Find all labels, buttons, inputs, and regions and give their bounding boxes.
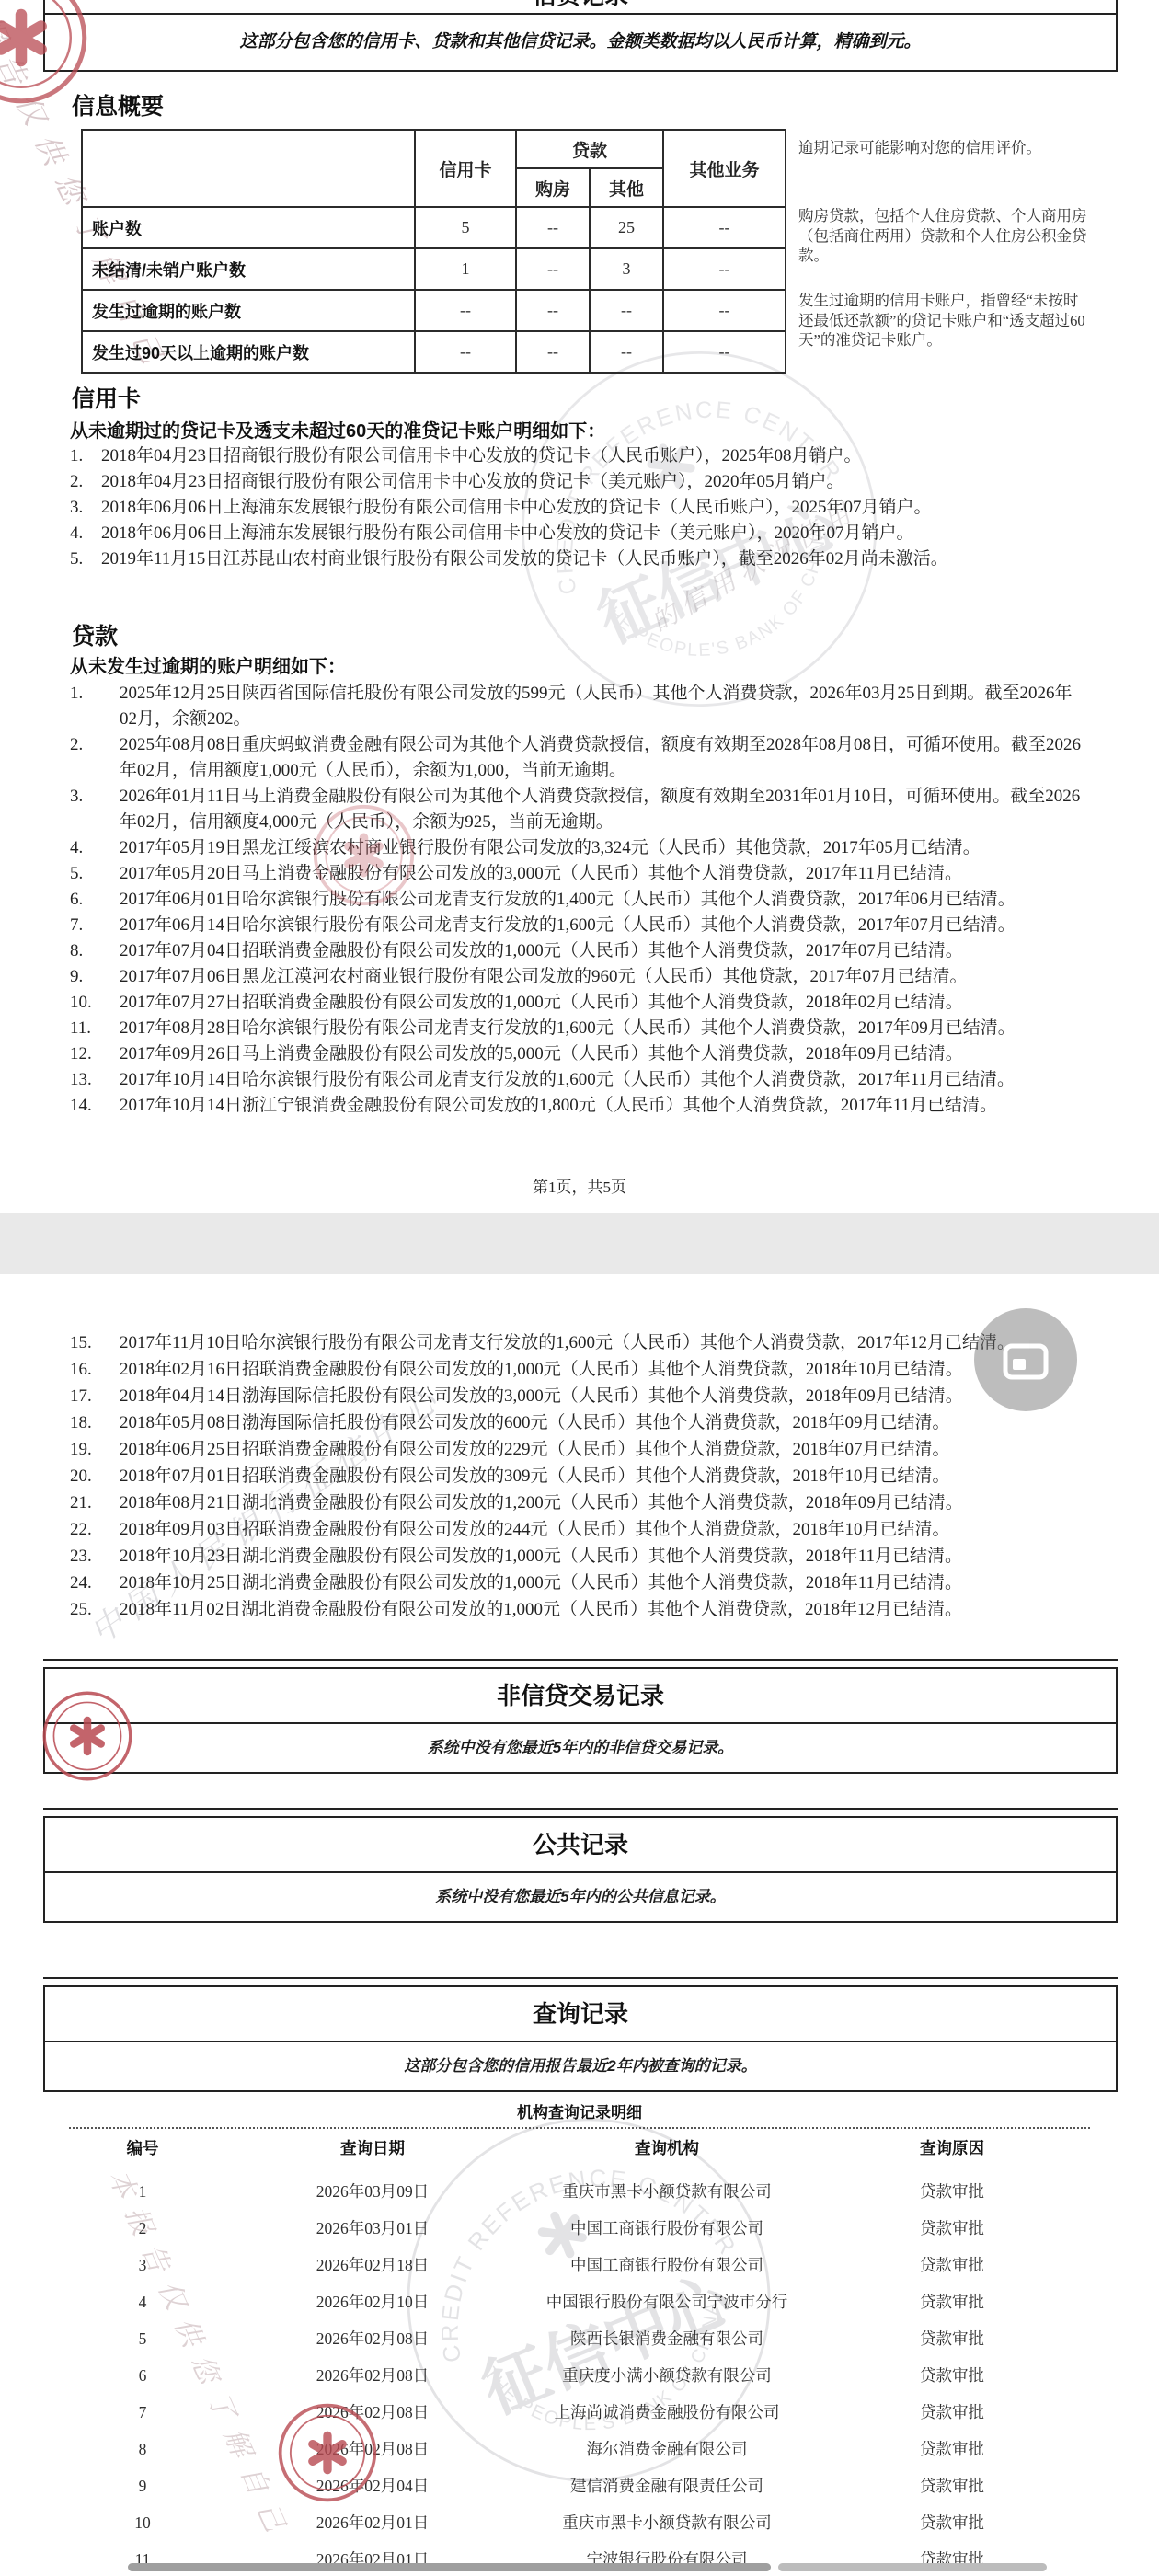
item-number: 6. xyxy=(70,887,120,913)
inquiry-row-org: 中国工商银行股份有限公司 xyxy=(515,2247,819,2283)
item-text: 2018年04月23日招商银行股份有限公司信用卡中心发放的贷记卡（人民币账户），… xyxy=(101,443,1085,469)
item-text: 2017年11月10日哈尔滨银行股份有限公司龙青支行发放的1,600元（人民币）… xyxy=(120,1329,1085,1356)
col-other-business: 其他业务 xyxy=(663,130,786,207)
item-number: 15. xyxy=(70,1329,120,1356)
inquiry-row-no: 9 xyxy=(83,2467,202,2504)
loan-item: 18. 2018年05月08日渤海国际信托股份有限公司发放的600元（人民币）其… xyxy=(70,1409,1085,1436)
item-number: 24. xyxy=(70,1570,120,1596)
inquiry-row-org: 重庆度小满小额贷款有限公司 xyxy=(515,2357,819,2394)
item-text: 2018年06月06日上海浦东发展银行股份有限公司信用卡中心发放的贷记卡（人民币… xyxy=(101,495,1085,521)
inquiry-row-reason: 贷款审批 xyxy=(855,2247,1049,2283)
loan-item: 15. 2017年11月10日哈尔滨银行股份有限公司龙青支行发放的1,600元（… xyxy=(70,1329,1085,1356)
loan-item: 2. 2025年08月08日重庆蚂蚁消费金融有限公司为其他个人消费贷款授信，额度… xyxy=(70,732,1085,784)
inquiry-row-no: 6 xyxy=(83,2357,202,2394)
inquiry-row-org: 中国银行股份有限公司宁波市分行 xyxy=(515,2283,819,2320)
page-footer: 第1页，共5页 xyxy=(0,1174,1159,1197)
inquiry-row-date: 2026年02月18日 xyxy=(239,2247,506,2283)
inquiry-row-reason: 贷款审批 xyxy=(855,2504,1049,2541)
public-records-title: 公共记录 xyxy=(45,1818,1116,1873)
inquiry-table-header: 编号 查询日期 查询机构 查询原因 xyxy=(0,2136,1159,2164)
item-text: 2018年09月03日招联消费金融股份有限公司发放的244元（人民币）其他个人消… xyxy=(120,1516,1085,1543)
item-number: 21. xyxy=(70,1489,120,1516)
loan-item: 7. 2017年06月14日哈尔滨银行股份有限公司龙青支行发放的1,600元（人… xyxy=(70,913,1085,938)
inquiry-records-box: 查询记录 这部分包含您的信用报告最近2年内被查询的记录。 xyxy=(43,1985,1118,2092)
inquiry-row-reason: 贷款审批 xyxy=(855,2210,1049,2247)
credit-section-header-box: 信贷记录 这部分包含您的信用卡、贷款和其他信贷记录。金额类数据均以人民币计算，精… xyxy=(43,0,1118,72)
item-number: 11. xyxy=(70,1016,120,1041)
summary-value: -- xyxy=(663,248,786,290)
item-number: 18. xyxy=(70,1409,120,1436)
non-credit-records-title: 非信贷交易记录 xyxy=(45,1669,1116,1724)
loan-item: 13. 2017年10月14日哈尔滨银行股份有限公司龙青支行发放的1,600元（… xyxy=(70,1067,1085,1093)
non-credit-records-box: 非信贷交易记录 系统中没有您最近5年内的非信贷交易记录。 xyxy=(43,1667,1118,1774)
item-number: 17. xyxy=(70,1383,120,1409)
loan-item: 23. 2018年10月23日湖北消费金融股份有限公司发放的1,000元（人民币… xyxy=(70,1543,1085,1570)
col-loan-house: 购房 xyxy=(516,168,590,207)
inquiry-row-org: 海尔消费金融有限公司 xyxy=(515,2431,819,2467)
item-number: 25. xyxy=(70,1596,120,1623)
item-number: 10. xyxy=(70,990,120,1016)
col-credit-card: 信用卡 xyxy=(415,130,516,207)
credit-card-item: 5. 2019年11月15日江苏昆山农村商业银行股份有限公司发放的贷记卡（人民币… xyxy=(70,546,1085,572)
inquiry-row-date: 2026年02月08日 xyxy=(239,2394,506,2431)
loan-item: 8. 2017年07月04日招联消费金融股份有限公司发放的1,000元（人民币）… xyxy=(70,938,1085,964)
summary-note: 发生过逾期的信用卡账户，指曾经“未按时还最低还款额”的贷记卡账户和“透支超过60… xyxy=(798,291,1088,351)
page-gap xyxy=(0,1213,1159,1274)
summary-corner-cell xyxy=(82,130,415,207)
loan-item: 22. 2018年09月03日招联消费金融股份有限公司发放的244元（人民币）其… xyxy=(70,1516,1085,1543)
item-text: 2018年02月16日招联消费金融股份有限公司发放的1,000元（人民币）其他个… xyxy=(120,1356,1085,1383)
summary-note: 逾期记录可能影响对您的信用评价。 xyxy=(798,138,1088,158)
item-text: 2018年05月08日渤海国际信托股份有限公司发放的600元（人民币）其他个人消… xyxy=(120,1409,1085,1436)
item-text: 2026年01月11日马上消费金融股份有限公司为其他个人消费贷款授信，额度有效期… xyxy=(120,784,1085,835)
inquiry-row-reason: 贷款审批 xyxy=(855,2357,1049,2394)
loan-subheading: 从未发生过逾期的账户明细如下： xyxy=(70,651,346,678)
item-number: 9. xyxy=(70,964,120,990)
inquiry-row: 6 2026年02月08日 重庆度小满小额贷款有限公司 贷款审批 xyxy=(0,2357,1159,2394)
summary-table: 信用卡 贷款 其他业务 购房 其他 账户数 5 -- 25 -- xyxy=(81,129,786,374)
item-text: 2018年07月01日招联消费金融股份有限公司发放的309元（人民币）其他个人消… xyxy=(120,1463,1085,1489)
credit-section-subtitle: 这部分包含您的信用卡、贷款和其他信贷记录。金额类数据均以人民币计算，精确到元。 xyxy=(45,15,1116,70)
summary-note: 购房贷款，包括个人住房贷款、个人商用房（包括商住两用）贷款和个人住房公积金贷款。 xyxy=(798,206,1088,266)
inquiry-row-org: 重庆市黑卡小额贷款有限公司 xyxy=(515,2173,819,2210)
loan-item: 25. 2018年11月02日湖北消费金融股份有限公司发放的1,000元（人民币… xyxy=(70,1596,1085,1623)
screenshot-button[interactable] xyxy=(974,1308,1077,1411)
credit-card-item: 3. 2018年06月06日上海浦东发展银行股份有限公司信用卡中心发放的贷记卡（… xyxy=(70,495,1085,521)
loan-item: 24. 2018年10月25日湖北消费金融股份有限公司发放的1,000元（人民币… xyxy=(70,1570,1085,1596)
item-text: 2017年07月06日黑龙江漠河农村商业银行股份有限公司发放的960元（人民币）… xyxy=(120,964,1085,990)
item-text: 2017年08月28日哈尔滨银行股份有限公司龙青支行发放的1,600元（人民币）… xyxy=(120,1016,1085,1041)
loan-item: 10. 2017年07月27日招联消费金融股份有限公司发放的1,000元（人民币… xyxy=(70,990,1085,1016)
item-number: 1. xyxy=(70,681,120,732)
summary-value: -- xyxy=(415,331,516,373)
credit-card-subheading: 从未逾期过的贷记卡及透支未超过60天的准贷记卡账户明细如下： xyxy=(70,416,605,443)
item-text: 2018年10月23日湖北消费金融股份有限公司发放的1,000元（人民币）其他个… xyxy=(120,1543,1085,1570)
inquiry-col-date: 查询日期 xyxy=(239,2136,506,2159)
inquiry-row-reason: 贷款审批 xyxy=(855,2283,1049,2320)
inquiry-row-reason: 贷款审批 xyxy=(855,2394,1049,2431)
item-number: 22. xyxy=(70,1516,120,1543)
inquiry-row-org: 上海尚诚消费金融股份有限公司 xyxy=(515,2394,819,2431)
item-number: 5. xyxy=(70,861,120,887)
summary-value: 1 xyxy=(415,248,516,290)
inquiry-row-reason: 贷款审批 xyxy=(855,2467,1049,2504)
item-number: 13. xyxy=(70,1067,120,1093)
summary-row: 发生过90天以上逾期的账户数 -- -- -- -- xyxy=(82,331,786,373)
inquiry-row: 1 2026年03月09日 重庆市黑卡小额贷款有限公司 贷款审批 xyxy=(0,2173,1159,2210)
item-number: 3. xyxy=(70,495,101,521)
inquiry-table-title: 机构查询记录明细 xyxy=(0,2099,1159,2122)
summary-value: -- xyxy=(590,331,663,373)
summary-value: -- xyxy=(516,207,590,248)
non-credit-records-body: 系统中没有您最近5年内的非信贷交易记录。 xyxy=(45,1724,1116,1772)
loan-item: 3. 2026年01月11日马上消费金融股份有限公司为其他个人消费贷款授信，额度… xyxy=(70,784,1085,835)
inquiry-row: 5 2026年02月08日 陕西长银消费金融有限公司 贷款审批 xyxy=(0,2320,1159,2357)
inquiry-row-no: 2 xyxy=(83,2210,202,2247)
summary-row-label: 发生过逾期的账户数 xyxy=(82,290,415,331)
item-text: 2025年12月25日陕西省国际信托股份有限公司发放的599元（人民币）其他个人… xyxy=(120,681,1085,732)
item-text: 2017年05月19日黑龙江绥滨农村商业银行股份有限公司发放的3,324元（人民… xyxy=(120,835,1085,861)
loan-item: 12. 2017年09月26日马上消费金融股份有限公司发放的5,000元（人民币… xyxy=(70,1041,1085,1067)
item-text: 2017年09月26日马上消费金融股份有限公司发放的5,000元（人民币）其他个… xyxy=(120,1041,1085,1067)
summary-row-label: 发生过90天以上逾期的账户数 xyxy=(82,331,415,373)
item-number: 7. xyxy=(70,913,120,938)
inquiry-row-no: 3 xyxy=(83,2247,202,2283)
inquiry-row-reason: 贷款审批 xyxy=(855,2431,1049,2467)
item-number: 1. xyxy=(70,443,101,469)
inquiry-row-date: 2026年02月08日 xyxy=(239,2357,506,2394)
credit-report-screen: CREDIT REFERENCE CENTER THE PEOPLE'S BAN… xyxy=(0,0,1159,2576)
camera-icon xyxy=(1002,1339,1050,1381)
summary-row-label: 账户数 xyxy=(82,207,415,248)
inquiry-row-org: 陕西长银消费金融有限公司 xyxy=(515,2320,819,2357)
item-number: 2. xyxy=(70,732,120,784)
item-text: 2018年06月06日上海浦东发展银行股份有限公司信用卡中心发放的贷记卡（美元账… xyxy=(101,521,1085,546)
summary-value: -- xyxy=(516,290,590,331)
loan-list-page1: 1. 2025年12月25日陕西省国际信托股份有限公司发放的599元（人民币）其… xyxy=(70,681,1085,1119)
item-text: 2017年06月01日哈尔滨银行股份有限公司龙青支行发放的1,400元（人民币）… xyxy=(120,887,1085,913)
item-text: 2018年04月23日招商银行股份有限公司信用卡中心发放的贷记卡（美元账户），2… xyxy=(101,469,1085,495)
inquiry-row-date: 2026年03月09日 xyxy=(239,2173,506,2210)
loan-item: 14. 2017年10月14日浙江宁银消费金融股份有限公司发放的1,800元（人… xyxy=(70,1093,1085,1119)
item-number: 14. xyxy=(70,1093,120,1119)
inquiry-row-no: 8 xyxy=(83,2431,202,2467)
item-text: 2017年10月14日哈尔滨银行股份有限公司龙青支行发放的1,600元（人民币）… xyxy=(120,1067,1085,1093)
inquiry-row-org: 重庆市黑卡小额贷款有限公司 xyxy=(515,2504,819,2541)
inquiry-row: 3 2026年02月18日 中国工商银行股份有限公司 贷款审批 xyxy=(0,2247,1159,2283)
item-number: 23. xyxy=(70,1543,120,1570)
credit-card-heading: 信用卡 xyxy=(72,381,141,414)
item-text: 2018年11月02日湖北消费金融股份有限公司发放的1,000元（人民币）其他个… xyxy=(120,1596,1085,1623)
inquiry-row-no: 10 xyxy=(83,2504,202,2541)
loan-item: 9. 2017年07月06日黑龙江漠河农村商业银行股份有限公司发放的960元（人… xyxy=(70,964,1085,990)
inquiry-col-no: 编号 xyxy=(83,2136,202,2159)
loan-item: 21. 2018年08月21日湖北消费金融股份有限公司发放的1,200元（人民币… xyxy=(70,1489,1085,1516)
item-text: 2017年10月14日浙江宁银消费金融股份有限公司发放的1,800元（人民币）其… xyxy=(120,1093,1085,1119)
credit-card-item: 4. 2018年06月06日上海浦东发展银行股份有限公司信用卡中心发放的贷记卡（… xyxy=(70,521,1085,546)
loan-item: 19. 2018年06月25日招联消费金融股份有限公司发放的229元（人民币）其… xyxy=(70,1436,1085,1463)
summary-value: -- xyxy=(663,290,786,331)
item-text: 2017年06月14日哈尔滨银行股份有限公司龙青支行发放的1,600元（人民币）… xyxy=(120,913,1085,938)
item-number: 4. xyxy=(70,835,120,861)
item-number: 12. xyxy=(70,1041,120,1067)
item-text: 2019年11月15日江苏昆山农村商业银行股份有限公司发放的贷记卡（人民币账户）… xyxy=(101,546,1085,572)
inquiry-row-no: 1 xyxy=(83,2173,202,2210)
inquiry-row-date: 2026年02月01日 xyxy=(239,2504,506,2541)
item-number: 5. xyxy=(70,546,101,572)
item-number: 4. xyxy=(70,521,101,546)
inquiry-row-no: 5 xyxy=(83,2320,202,2357)
loan-item: 17. 2018年04月14日渤海国际信托股份有限公司发放的3,000元（人民币… xyxy=(70,1383,1085,1409)
inquiry-row-date: 2026年02月08日 xyxy=(239,2320,506,2357)
loan-item: 16. 2018年02月16日招联消费金融股份有限公司发放的1,000元（人民币… xyxy=(70,1356,1085,1383)
summary-value: -- xyxy=(516,331,590,373)
item-text: 2018年10月25日湖北消费金融股份有限公司发放的1,000元（人民币）其他个… xyxy=(120,1570,1085,1596)
loan-item: 5. 2017年05月20日马上消费金融股份有限公司发放的3,000元（人民币）… xyxy=(70,861,1085,887)
loan-heading: 贷款 xyxy=(72,618,118,651)
credit-section-title: 信贷记录 xyxy=(45,0,1116,15)
loan-item: 6. 2017年06月01日哈尔滨银行股份有限公司龙青支行发放的1,400元（人… xyxy=(70,887,1085,913)
inquiry-row-date: 2026年02月10日 xyxy=(239,2283,506,2320)
summary-row: 未结清/未销户账户数 1 -- 3 -- xyxy=(82,248,786,290)
loan-item: 4. 2017年05月19日黑龙江绥滨农村商业银行股份有限公司发放的3,324元… xyxy=(70,835,1085,861)
inquiry-records-title: 查询记录 xyxy=(45,1987,1116,2042)
horizontal-scrollbar-thumb[interactable] xyxy=(128,2563,771,2571)
credit-card-list: 1. 2018年04月23日招商银行股份有限公司信用卡中心发放的贷记卡（人民币账… xyxy=(70,443,1085,572)
summary-value: -- xyxy=(516,248,590,290)
item-text: 2018年04月14日渤海国际信托股份有限公司发放的3,000元（人民币）其他个… xyxy=(120,1383,1085,1409)
inquiry-row: 2 2026年03月01日 中国工商银行股份有限公司 贷款审批 xyxy=(0,2210,1159,2247)
inquiry-row: 8 2026年02月08日 海尔消费金融有限公司 贷款审批 xyxy=(0,2431,1159,2467)
inquiry-row: 9 2026年02月04日 建信消费金融有限责任公司 贷款审批 xyxy=(0,2467,1159,2504)
inquiry-row-date: 2026年02月08日 xyxy=(239,2431,506,2467)
inquiry-row-org: 建信消费金融有限责任公司 xyxy=(515,2467,819,2504)
summary-value: -- xyxy=(663,207,786,248)
inquiry-row: 4 2026年02月10日 中国银行股份有限公司宁波市分行 贷款审批 xyxy=(0,2283,1159,2320)
summary-value: -- xyxy=(590,290,663,331)
credit-card-item: 2. 2018年04月23日招商银行股份有限公司信用卡中心发放的贷记卡（美元账户… xyxy=(70,469,1085,495)
item-text: 2025年08月08日重庆蚂蚁消费金融有限公司为其他个人消费贷款授信，额度有效期… xyxy=(120,732,1085,784)
summary-row: 发生过逾期的账户数 -- -- -- -- xyxy=(82,290,786,331)
summary-value: -- xyxy=(415,290,516,331)
summary-value: -- xyxy=(663,331,786,373)
summary-heading: 信息概要 xyxy=(72,88,164,121)
inquiry-row-org: 中国工商银行股份有限公司 xyxy=(515,2210,819,2247)
horizontal-scrollbar-thumb[interactable] xyxy=(778,2563,1047,2571)
summary-row-label: 未结清/未销户账户数 xyxy=(82,248,415,290)
summary-row: 账户数 5 -- 25 -- xyxy=(82,207,786,248)
inquiry-row-date: 2026年02月04日 xyxy=(239,2467,506,2504)
loan-list-page2: 15. 2017年11月10日哈尔滨银行股份有限公司龙青支行发放的1,600元（… xyxy=(70,1329,1085,1623)
inquiry-table-rows: 1 2026年03月09日 重庆市黑卡小额贷款有限公司 贷款审批 2 2026年… xyxy=(0,2173,1159,2576)
item-text: 2017年07月27日招联消费金融股份有限公司发放的1,000元（人民币）其他个… xyxy=(120,990,1085,1016)
item-number: 19. xyxy=(70,1436,120,1463)
loan-item: 11. 2017年08月28日哈尔滨银行股份有限公司龙青支行发放的1,600元（… xyxy=(70,1016,1085,1041)
loan-item: 1. 2025年12月25日陕西省国际信托股份有限公司发放的599元（人民币）其… xyxy=(70,681,1085,732)
inquiry-records-body: 这部分包含您的信用报告最近2年内被查询的记录。 xyxy=(45,2042,1116,2090)
item-text: 2017年05月20日马上消费金融股份有限公司发放的3,000元（人民币）其他个… xyxy=(120,861,1085,887)
dashed-divider xyxy=(69,2127,1090,2129)
inquiry-col-org: 查询机构 xyxy=(515,2136,819,2159)
summary-value: 25 xyxy=(590,207,663,248)
item-number: 16. xyxy=(70,1356,120,1383)
inquiry-row: 7 2026年02月08日 上海尚诚消费金融股份有限公司 贷款审批 xyxy=(0,2394,1159,2431)
inquiry-row-reason: 贷款审批 xyxy=(855,2173,1049,2210)
item-number: 20. xyxy=(70,1463,120,1489)
public-records-box: 公共记录 系统中没有您最近5年内的公共信息记录。 xyxy=(43,1816,1118,1923)
item-text: 2018年06月25日招联消费金融股份有限公司发放的229元（人民币）其他个人消… xyxy=(120,1436,1085,1463)
summary-value: 3 xyxy=(590,248,663,290)
inquiry-col-reason: 查询原因 xyxy=(855,2136,1049,2159)
item-text: 2018年08月21日湖北消费金融股份有限公司发放的1,200元（人民币）其他个… xyxy=(120,1489,1085,1516)
item-number: 8. xyxy=(70,938,120,964)
item-number: 2. xyxy=(70,469,101,495)
inquiry-row-date: 2026年03月01日 xyxy=(239,2210,506,2247)
item-text: 2017年07月04日招联消费金融股份有限公司发放的1,000元（人民币）其他个… xyxy=(120,938,1085,964)
credit-card-item: 1. 2018年04月23日招商银行股份有限公司信用卡中心发放的贷记卡（人民币账… xyxy=(70,443,1085,469)
public-records-body: 系统中没有您最近5年内的公共信息记录。 xyxy=(45,1873,1116,1921)
inquiry-row-reason: 贷款审批 xyxy=(855,2320,1049,2357)
col-loan-other: 其他 xyxy=(590,168,663,207)
summary-value: 5 xyxy=(415,207,516,248)
col-loan: 贷款 xyxy=(516,130,663,168)
inquiry-row-no: 7 xyxy=(83,2394,202,2431)
inquiry-row-no: 4 xyxy=(83,2283,202,2320)
loan-item: 20. 2018年07月01日招联消费金融股份有限公司发放的309元（人民币）其… xyxy=(70,1463,1085,1489)
inquiry-row: 10 2026年02月01日 重庆市黑卡小额贷款有限公司 贷款审批 xyxy=(0,2504,1159,2541)
item-number: 3. xyxy=(70,784,120,835)
